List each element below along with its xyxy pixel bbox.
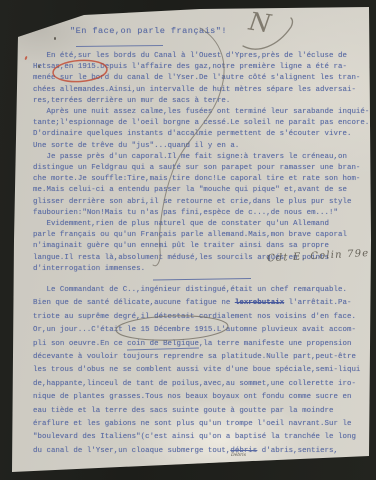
typed-paragraphs-top: En été,sur les bords du Canal à l'Ouest … [33, 51, 369, 275]
typed-line: Le Commandant de C..,ingénieur distingué… [33, 284, 360, 297]
typed-line: décevante à vouloir toujours reprendre s… [33, 351, 360, 364]
typed-line: Or,un jour...C'était le 15 Décembre 1915… [33, 324, 360, 337]
paper-speck [38, 65, 40, 68]
typed-line: pli son oeuvre.En ce coin de Belgique,la… [33, 338, 360, 351]
typed-line: triote au suprême degré,il détestait cor… [33, 311, 360, 324]
typed-line: glisser derrière son abri,il se retourne… [33, 197, 369, 208]
typed-line: tante;l'espionnage de l'oeil borgne a ce… [33, 118, 369, 129]
scanned-document-photo: "En face,on parle français"! En été,sur … [0, 0, 376, 480]
typed-line: res,terrées derrière un mur de sacs à te… [33, 96, 369, 107]
red-ink-speck [24, 56, 27, 60]
typed-line: "boulevard des Italiens"(c'est ainsi qu'… [33, 431, 360, 444]
typed-line: parle français ou qu'un Français parle a… [33, 230, 369, 241]
typed-paragraphs-bottom: Le Commandant de C..,ingénieur distingué… [33, 284, 360, 458]
page-title: "En face,on parle français"! [70, 26, 227, 36]
typed-line: me.Mais celui-ci a entendu passer la "mo… [33, 185, 369, 196]
typed-line: che morte.Je souffle:Tire,mais tire donc… [33, 174, 369, 185]
typed-line: les trous d'obus ne se comblent aussi vi… [33, 364, 360, 377]
typed-line: D'ordinaire quelques instants d'accalmie… [33, 129, 369, 140]
typed-line: de,happante,linceul de tant de poilus,av… [33, 378, 360, 391]
typed-line: En été,sur les bords du Canal à l'Ouest … [33, 51, 369, 62]
typed-line: eau tiède et la terre des sacs suinte go… [33, 405, 360, 418]
typed-line: Une sorte de trêve du "jus"...quand il y… [33, 141, 369, 152]
typed-line: faubourien:"Non!Mais tu n'as pas fini,es… [33, 208, 369, 219]
paper-speck [26, 21, 29, 23]
handwritten-n-mark: N [247, 7, 273, 39]
paper-speck [54, 37, 56, 40]
typed-line: Bien que de santé délicate,aucune fatigu… [33, 297, 360, 310]
handwritten-correction-note: Débris [231, 453, 246, 458]
typed-line: nique de plantes grasses.Tous nos beaux … [33, 391, 360, 404]
paper-speck [41, 20, 43, 22]
typed-line: menée sur le bord du canal de l'Yser.De … [33, 73, 369, 84]
typed-line: du canal de l'Yser,un cloaque submerge t… [33, 445, 360, 458]
typed-line: Hetsas,en 1915.Depuis l'affaire des gaz,… [33, 62, 369, 73]
typed-line: Après une nuit assez calme,les fusées on… [33, 107, 369, 118]
typescript-page: "En face,on parle français"! En été,sur … [0, 0, 376, 480]
typed-line: éraflure et les gabions ne sont plus qu'… [33, 418, 360, 431]
typed-line: Evidemment,rien de plus naturel que de c… [33, 219, 369, 230]
typed-line: chées allemandes.Ainsi,un intervalle de … [33, 85, 369, 96]
typed-line: Je passe près d'un caporal.Il me fait si… [33, 152, 369, 163]
typed-line: d'interrogation immenses. [33, 264, 369, 275]
typed-line: distingue un Feldgrau qui a sauté sur so… [33, 163, 369, 174]
